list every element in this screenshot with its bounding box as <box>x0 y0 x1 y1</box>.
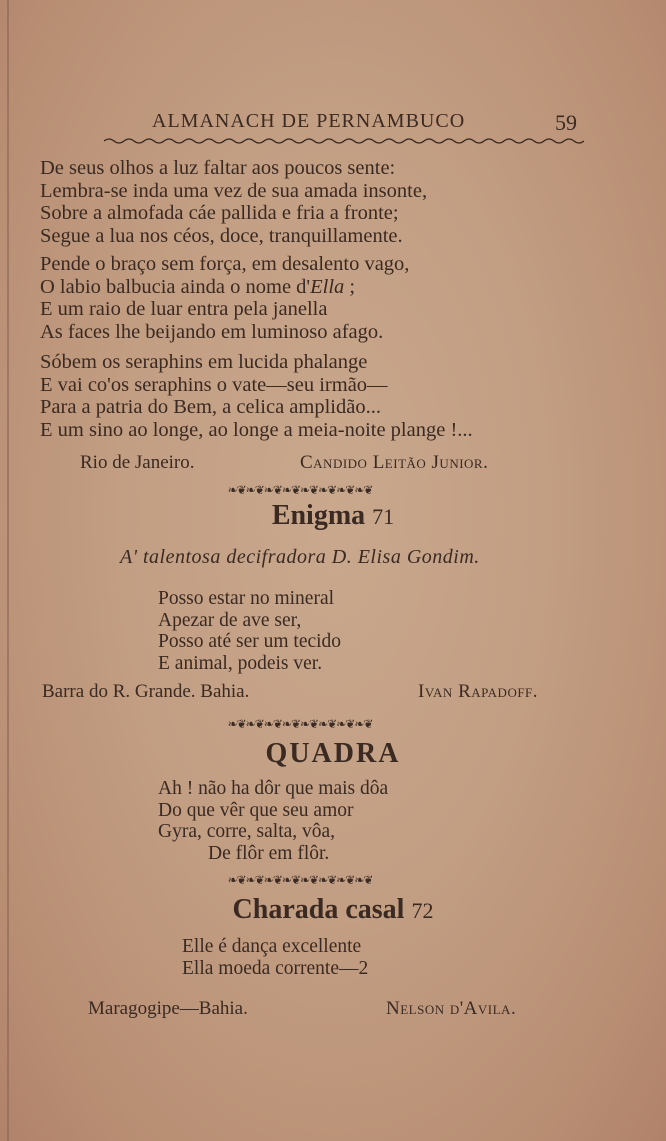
charada-heading: Charada casal 72 <box>0 894 666 926</box>
enigma-verse: Posso estar no mineral Apezar de ave ser… <box>158 588 341 674</box>
running-header-title: ALMANACH DE PERNAMBUCO <box>152 110 465 133</box>
verse-line: E um raio de luar entra pela janella <box>40 298 409 321</box>
poem-place: Rio de Janeiro. <box>80 452 195 474</box>
verse-line: Posso até ser um tecido <box>158 631 341 653</box>
verse-line: De seus olhos a luz faltar aos poucos se… <box>40 157 427 180</box>
verse-line: De flôr em flôr. <box>158 843 388 865</box>
verse-line: Elle é dança excellente <box>182 936 368 958</box>
verse-line: Gyra, corre, salta, vôa, <box>158 821 388 843</box>
verse-line: Do que vêr que seu amor <box>158 800 388 822</box>
verse-line: Apezar de ave ser, <box>158 610 341 632</box>
poem-author: Candido Leitão Junior. <box>300 452 488 474</box>
italic-name: Ella <box>310 276 344 298</box>
wavy-rule-divider <box>104 137 584 145</box>
floral-ornament-divider: ❧❦❧❦❧❦❧❦❧❦❧❦❧❦❧❦ <box>200 873 400 885</box>
almanac-page: ALMANACH DE PERNAMBUCO 59 De seus olhos … <box>0 0 666 1141</box>
poem-stanza-2: Pende o braço sem força, em desalento va… <box>40 253 409 343</box>
page-spine-edge <box>7 0 9 1141</box>
verse-line: O labio balbucia ainda o nome d'Ella ; <box>40 276 409 299</box>
poem-stanza-1: De seus olhos a luz faltar aos poucos se… <box>40 157 427 247</box>
verse-line: Posso estar no mineral <box>158 588 341 610</box>
enigma-author: Ivan Rapadoff. <box>418 681 538 703</box>
verse-line: Ah ! não ha dôr que mais dôa <box>158 778 388 800</box>
charada-verse: Elle é dança excellente Ella moeda corre… <box>182 936 368 979</box>
verse-line: Lembra-se inda uma vez de sua amada inso… <box>40 180 427 203</box>
enigma-place: Barra do R. Grande. Bahia. <box>42 681 249 703</box>
charada-place: Maragogipe—Bahia. <box>88 998 248 1020</box>
verse-line: Sóbem os seraphins em lucida phalange <box>40 351 473 374</box>
verse-line: E um sino ao longe, ao longe a meia-noit… <box>40 419 473 442</box>
floral-ornament-divider: ❧❦❧❦❧❦❧❦❧❦❧❦❧❦❧❦ <box>200 483 400 495</box>
enigma-heading: Enigma 71 <box>0 500 666 532</box>
poem-stanza-3: Sóbem os seraphins em lucida phalange E … <box>40 351 473 441</box>
page-number: 59 <box>555 110 577 136</box>
verse-line: Sobre a almofada cáe pallida e fria a fr… <box>40 202 427 225</box>
verse-line: Ella moeda corrente—2 <box>182 958 368 980</box>
quadra-verse: Ah ! não ha dôr que mais dôa Do que vêr … <box>158 778 388 864</box>
charada-author: Nelson d'Avila. <box>386 998 516 1020</box>
verse-line: Para a patria do Bem, a celica amplidão.… <box>40 396 473 419</box>
verse-line: E vai co'os seraphins o vate—seu irmão— <box>40 374 473 397</box>
floral-ornament-divider: ❧❦❧❦❧❦❧❦❧❦❧❦❧❦❧❦ <box>200 717 400 729</box>
enigma-dedication: A' talentosa decifradora D. Elisa Gondim… <box>120 546 480 569</box>
verse-line: Segue a lua nos céos, doce, tranquillame… <box>40 225 427 248</box>
quadra-heading: QUADRA <box>0 738 666 770</box>
verse-line: E animal, podeis ver. <box>158 653 341 675</box>
verse-line: Pende o braço sem força, em desalento va… <box>40 253 409 276</box>
verse-line: As faces lhe beijando em luminoso afago. <box>40 321 409 344</box>
